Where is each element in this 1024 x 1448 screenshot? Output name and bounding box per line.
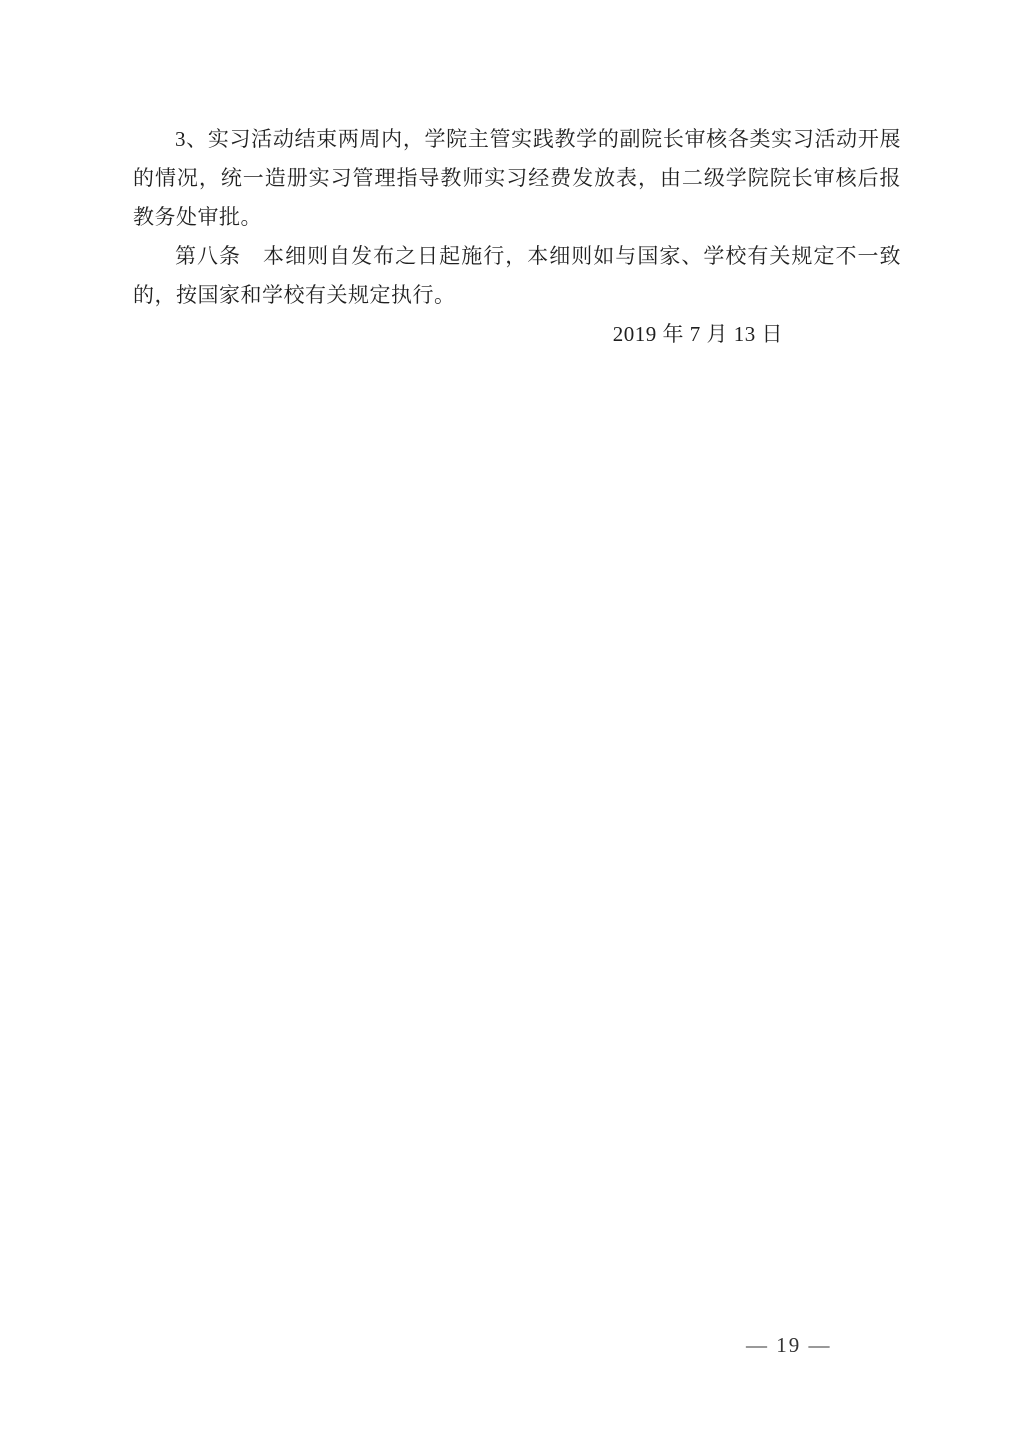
page-number: — 19 — xyxy=(746,1331,832,1359)
document-body: 3、实习活动结束两周内，学院主管实践教学的副院长审核各类实习活动开展的情况，统一… xyxy=(133,120,901,354)
document-page: 3、实习活动结束两周内，学院主管实践教学的副院长审核各类实习活动开展的情况，统一… xyxy=(0,0,1024,1448)
paragraph-article-eight: 第八条 本细则自发布之日起施行，本细则如与国家、学校有关规定不一致的，按国家和学… xyxy=(133,237,901,315)
date-line: 2019 年 7 月 13 日 xyxy=(133,315,901,354)
paragraph-internship-review: 3、实习活动结束两周内，学院主管实践教学的副院长审核各类实习活动开展的情况，统一… xyxy=(133,120,901,237)
